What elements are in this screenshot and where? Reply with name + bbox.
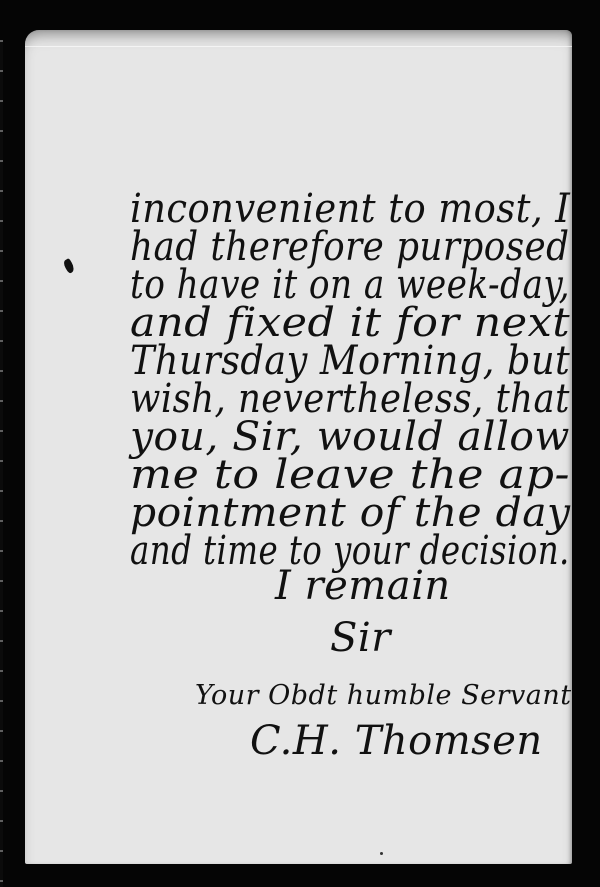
closing-servant: Your Obdt humble Servant [195,680,572,711]
closing-remain: I remain [275,563,451,609]
signature: C.H. Thomsen [250,718,543,764]
ink-blot [62,258,76,274]
paper-speck [380,852,383,855]
scan-edge [0,40,3,887]
closing-sir: Sir [330,615,391,661]
